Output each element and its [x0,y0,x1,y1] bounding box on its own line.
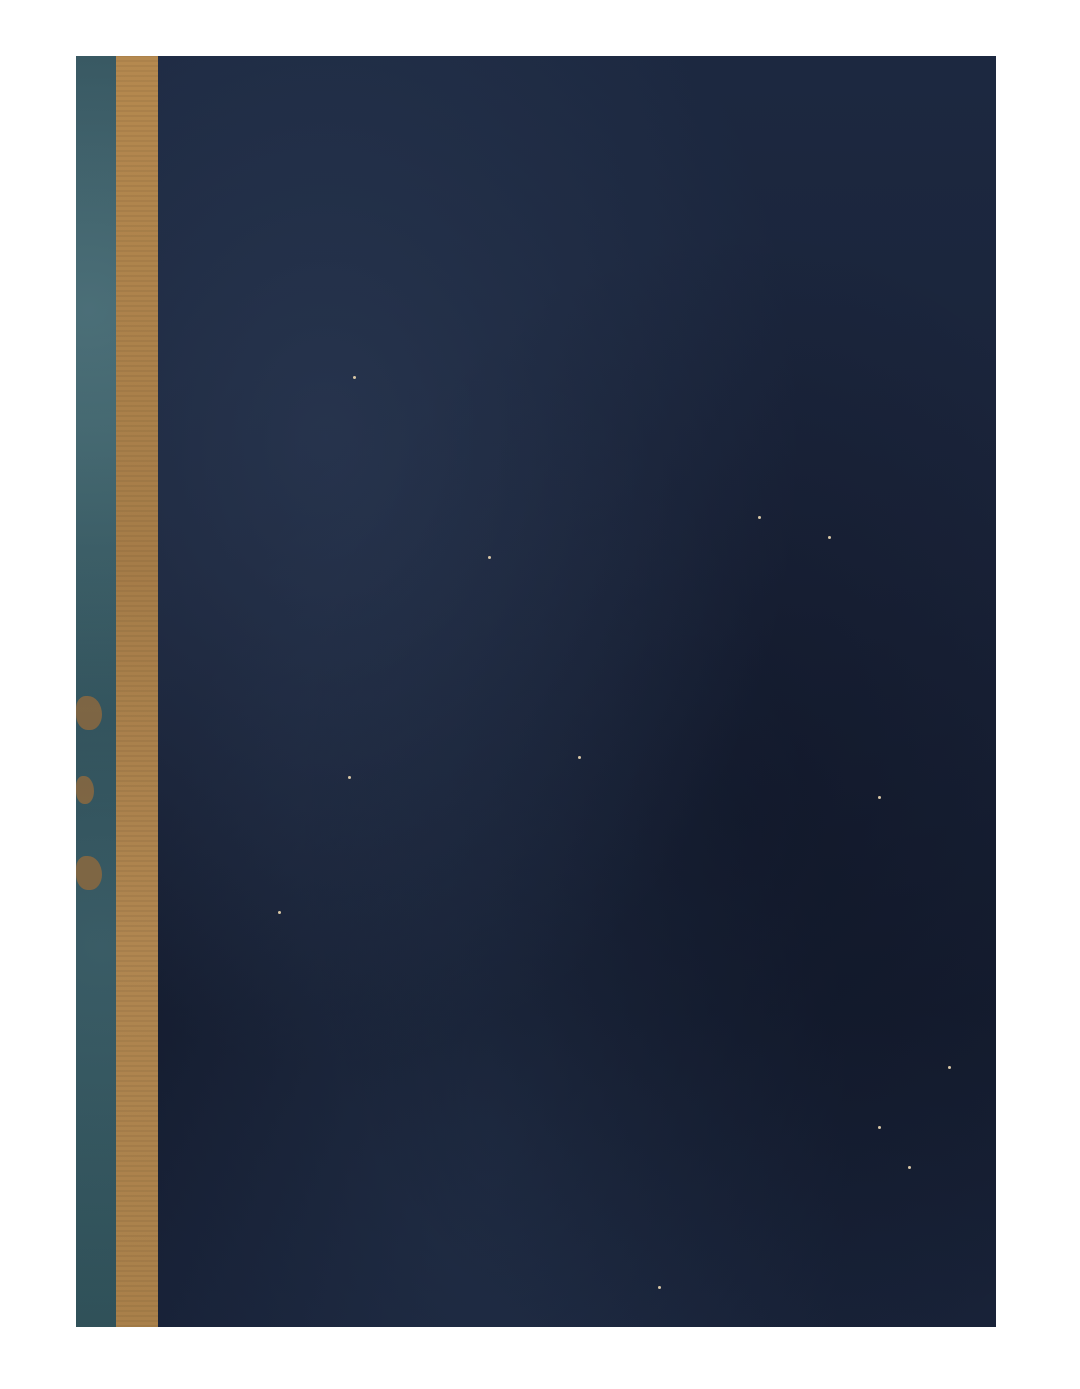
fleck [578,756,581,759]
border-motif [76,696,102,730]
navy-field [158,56,996,1327]
rug-photo [76,56,996,1327]
fleck [353,376,356,379]
fleck [488,556,491,559]
gold-border-band [116,56,158,1327]
fleck [758,516,761,519]
fleck [878,796,881,799]
teal-outer-border [76,56,118,1327]
border-motif [76,776,94,804]
fleck [948,1066,951,1069]
fleck [278,911,281,914]
fleck [828,536,831,539]
fleck [908,1166,911,1169]
fleck [658,1286,661,1289]
fleck [348,776,351,779]
border-motif [76,856,102,890]
fleck [878,1126,881,1129]
